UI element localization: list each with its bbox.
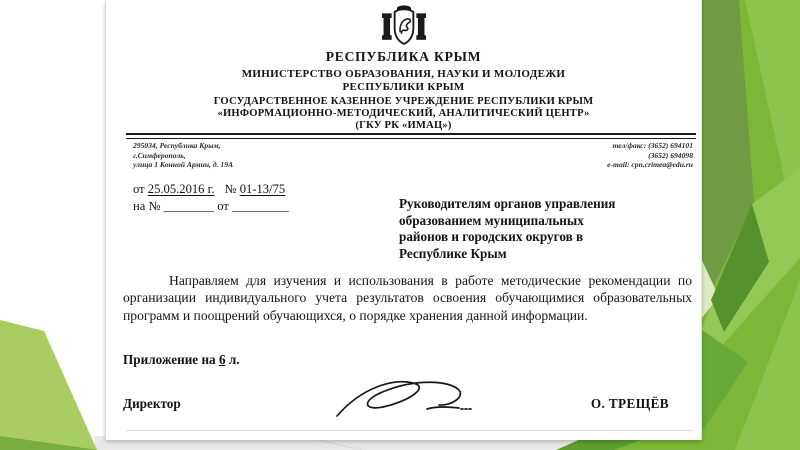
signer-position: Директор	[123, 396, 181, 412]
incoming-number-line: на № ________ от _________	[133, 198, 289, 215]
email-line: e-mail: cpn.crimea@edu.ru	[607, 160, 693, 170]
presentation-slide: РЕСПУБЛИКА КРЫМ МИНИСТЕРСТВО ОБРАЗОВАНИЯ…	[0, 0, 800, 450]
letterhead-divider	[126, 133, 696, 139]
attachment-suffix: л.	[226, 352, 240, 367]
addressee-line-1: Руководителям органов управления	[399, 196, 699, 213]
reply-ot: от	[217, 199, 229, 213]
org-line-2: «ИНФОРМАЦИОННО-МЕТОДИЧЕСКИЙ, АНАЛИТИЧЕСК…	[106, 108, 701, 120]
reply-prefix: на №	[133, 199, 161, 213]
address-line-2: г.Симферополь,	[133, 151, 233, 161]
phone-line-2: (3652) 694098	[607, 151, 693, 161]
contact-block: тел/факс: (3652) 694101 (3652) 694098 e-…	[607, 141, 693, 170]
phone-line-1: тел/факс: (3652) 694101	[607, 141, 693, 151]
address-line-3: улица 1 Конной Армии, д. 19А	[133, 160, 233, 170]
signer-name: О. ТРЕЩЁВ	[591, 396, 669, 412]
addressee-line-2: образованием муниципальных	[399, 213, 699, 230]
addressee-block: Руководителям органов управления образов…	[399, 196, 699, 262]
letter-document: РЕСПУБЛИКА КРЫМ МИНИСТЕРСТВО ОБРАЗОВАНИЯ…	[105, 0, 702, 440]
attachment-line: Приложение на 6 л.	[123, 352, 240, 368]
reference-block: от 25.05.2016 г.№ 01-13/75 на № ________…	[133, 181, 289, 215]
letter-body-paragraph: Направляем для изучения и использования …	[123, 272, 692, 324]
outgoing-date: 25.05.2016 г.	[148, 182, 215, 196]
org-line-1: ГОСУДАРСТВЕННОЕ КАЗЕННОЕ УЧРЕЖДЕНИЕ РЕСП…	[106, 96, 701, 108]
address-line-1: 295034, Республика Крым,	[133, 141, 233, 151]
addressee-line-4: Республике Крым	[399, 246, 699, 263]
date-prefix: от	[133, 182, 145, 196]
org-line-3: (ГКУ РК «ИМАЦ»)	[106, 120, 701, 132]
addressee-line-3: районов и городских округов в	[399, 229, 699, 246]
green-bottom-left-wedge	[0, 320, 97, 450]
ministry-line-2: РЕСПУБЛИКИ КРЫМ	[106, 81, 701, 94]
signature-scribble	[331, 376, 491, 424]
reply-blank-date: _________	[232, 199, 289, 213]
ministry-title: МИНИСТЕРСТВО ОБРАЗОВАНИЯ, НАУКИ И МОЛОДЕ…	[106, 68, 701, 93]
outgoing-number: 01-13/75	[240, 182, 285, 196]
number-sign: №	[225, 182, 237, 196]
address-block: 295034, Республика Крым, г.Симферополь, …	[133, 141, 233, 170]
reply-blank-number: ________	[164, 199, 214, 213]
attachment-pages: 6	[219, 352, 226, 367]
ministry-line-1: МИНИСТЕРСТВО ОБРАЗОВАНИЯ, НАУКИ И МОЛОДЕ…	[106, 68, 701, 81]
crimea-coat-of-arms-icon	[379, 3, 429, 49]
outgoing-number-line: от 25.05.2016 г.№ 01-13/75	[133, 181, 289, 198]
organization-title: ГОСУДАРСТВЕННОЕ КАЗЕННОЕ УЧРЕЖДЕНИЕ РЕСП…	[106, 96, 701, 132]
attachment-prefix: Приложение на	[123, 352, 219, 367]
document-footer-line	[126, 430, 693, 431]
republic-title: РЕСПУБЛИКА КРЫМ	[106, 49, 701, 65]
